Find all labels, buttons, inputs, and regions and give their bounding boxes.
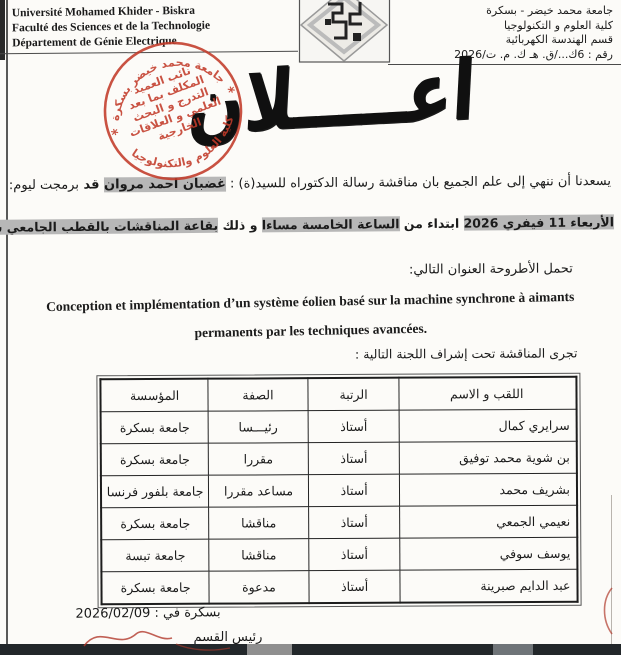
- defense-date: الأربعاء 11 فيفري 2026: [464, 214, 615, 230]
- jury-member-rank: أستاذ: [308, 474, 400, 506]
- jury-member-rank: أستاذ: [309, 570, 401, 603]
- jury-member-role: مناقشا: [209, 539, 309, 572]
- jury-member-name: نعيمي الجمعي: [400, 505, 577, 538]
- scan-band-segment: [493, 644, 533, 655]
- jury-member-name: سرايري كمال: [399, 409, 576, 442]
- jury-member-institution: جامعة بسكرة: [101, 443, 209, 476]
- jury-row: بن شوية محمد توفيق أستاذ مقررا جامعة بسك…: [101, 441, 577, 475]
- jury-member-name: بشريف محمد: [400, 473, 577, 506]
- scanned-announcement-page: Université Mohamed Khider - Biskra Facul…: [0, 0, 621, 655]
- jury-row: نعيمي الجمعي أستاذ مناقشا جامعة بسكرة: [101, 505, 577, 539]
- jury-member-rank: أستاذ: [308, 410, 400, 442]
- scan-edge-line: [6, 0, 8, 655]
- jury-member-name: عبد الدايم صبرينة: [400, 569, 577, 602]
- intro-paragraph: يسعدنا أن ننهي إلى علم الجميع بان مناقشة…: [8, 174, 611, 193]
- schedule-line: الأربعاء 11 فيفري 2026 ابتداء من الساعة …: [6, 214, 614, 234]
- jury-row: عبد الدايم صبرينة أستاذ مدعوة جامعة بسكر…: [101, 569, 577, 604]
- scan-edge-bar: [0, 0, 5, 60]
- thesis-title: Conception et implémentation d’un systèm…: [11, 281, 609, 350]
- jury-member-role: مقررا: [208, 443, 308, 476]
- jury-row: يوسف سوفي أستاذ مناقشا جامعة تبسة: [101, 537, 577, 571]
- jury-intro-line: تجرى المناقشة تحت إشراف اللجنة التالية :: [355, 345, 577, 361]
- scan-band-segment: [247, 644, 292, 655]
- jury-member-institution: جامعة بسكرة: [101, 411, 209, 444]
- jury-member-name: يوسف سوفي: [400, 537, 577, 570]
- university-name-ar: جامعة محمد خيضر - بسكرة: [454, 4, 613, 19]
- jury-member-institution: جامعة بسكرة: [101, 571, 209, 604]
- jury-col-role: الصفة: [208, 378, 308, 411]
- jury-row: بشريف محمد أستاذ مساعد مقررا جامعة بلفور…: [101, 473, 577, 507]
- jury-member-rank: أستاذ: [308, 506, 400, 538]
- jury-table: اللقب و الاسم الرتبة الصفة المؤسسة سراير…: [99, 376, 578, 605]
- defense-time: الساعة الخامسة مساءا: [262, 216, 400, 232]
- scan-red-mark-icon: [594, 586, 618, 636]
- jury-member-role: رئيـــسا: [208, 411, 308, 444]
- schedule-sep-1: ابتداء من: [399, 216, 463, 232]
- header-arabic: جامعة محمد خيضر - بسكرة كلية العلوم و ال…: [454, 4, 613, 62]
- reference-number: رقم : 6ك.../ق. هـ ك. م. ت/2026: [454, 48, 613, 63]
- faculty-name-ar: كلية العلوم و التكنولوجيا: [454, 19, 613, 34]
- jury-member-institution: جامعة بسكرة: [101, 507, 209, 540]
- intro-post: برمجت ليوم:: [9, 178, 79, 193]
- intro-qad: قد: [79, 177, 104, 192]
- jury-member-role: مناقشا: [209, 507, 309, 540]
- intro-pre: يسعدنا أن ننهي إلى علم الجميع بان مناقشة…: [226, 174, 611, 192]
- jury-member-name: بن شوية محمد توفيق: [400, 441, 577, 474]
- jury-member-institution: جامعة بلفور فرنسا: [101, 475, 209, 508]
- jury-member-rank: أستاذ: [309, 538, 401, 570]
- signature-scribble-icon: [80, 620, 250, 654]
- jury-header-row: اللقب و الاسم الرتبة الصفة المؤسسة: [100, 377, 576, 412]
- jury-member-institution: جامعة تبسة: [101, 539, 209, 572]
- jury-member-role: مدعوة: [209, 571, 309, 604]
- jury-col-name: اللقب و الاسم: [399, 377, 576, 410]
- jury-col-institution: المؤسسة: [100, 379, 208, 412]
- jury-row: سرايري كمال أستاذ رئيـــسا جامعة بسكرة: [101, 409, 577, 443]
- jury-col-rank: الرتبة: [308, 378, 400, 411]
- schedule-sep-2: و ذلك: [218, 217, 262, 232]
- defense-venue: بقاعة المناقشات بالقطب الجامعي شتمة: [0, 218, 218, 235]
- thesis-intro-line: تحمل الأطروحة العنوان التالي:: [409, 261, 573, 277]
- department-name-ar: قسم الهندسة الكهربائية: [454, 33, 613, 48]
- jury-member-role: مساعد مقررا: [209, 475, 309, 508]
- jury-member-rank: أستاذ: [308, 442, 400, 474]
- jury-table-wrapper: اللقب و الاسم الرتبة الصفة المؤسسة سراير…: [99, 376, 578, 605]
